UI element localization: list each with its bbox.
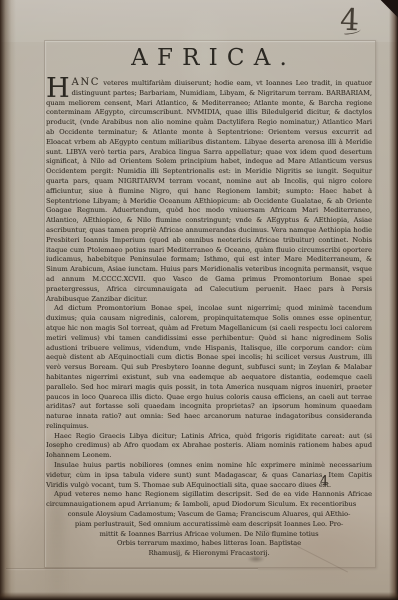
paper-light-band (0, 0, 398, 42)
paragraph-text: veteres multifariàm diuiserunt; hodie ea… (46, 79, 372, 303)
colophon-line: consule Aloysium Cadamostum; Vascum de G… (46, 510, 372, 520)
page-bottom-edge (0, 592, 398, 600)
colophon-line: Rhamusij, & Hieronymi Fracastorij. (46, 549, 372, 559)
signature-mark: 4 (320, 474, 328, 489)
book-page: 4 AFRICA. HANC veteres multifariàm diuis… (0, 0, 398, 600)
paragraph-etymology: Haec Regio Graecis Libya dicitur; Latini… (46, 432, 372, 461)
colophon-line: mittit & Ioannes Barrius Africae volumen… (46, 530, 372, 540)
tapered-colophon: consule Aloysium Cadamostum; Vascum de G… (46, 510, 372, 559)
book-photo: 4 AFRICA. HANC veteres multifariàm diuis… (0, 0, 398, 600)
paragraph-inhabitants: Ad dictum Promontorium Bonae spei, incol… (46, 304, 372, 431)
folio-number-handwritten: 4 (339, 5, 359, 38)
colophon-line: Orbis terrarum maximo, habes litteras Io… (46, 539, 372, 549)
paragraph-authors: Apud veteres nemo hanc Regionem sigillat… (46, 490, 372, 510)
book-gutter-edge (0, 0, 16, 600)
drop-cap: H (46, 78, 72, 98)
page-title: AFRICA. (46, 45, 372, 71)
bottom-crease (6, 568, 258, 569)
paragraph-text: Apud veteres nemo hanc Regionem sigillat… (46, 490, 372, 508)
page-right-edge (389, 0, 398, 600)
paragraph-text: Haec Regio Graecis Libya dicitur; Latini… (46, 432, 372, 460)
paragraph-text: Ad dictum Promontorium Bonae spei, incol… (46, 304, 372, 430)
paragraph-divisions: HANC veteres multifariàm diuiserunt; hod… (46, 78, 372, 304)
lead-capitals: ANC (72, 77, 100, 88)
colophon-line: piam perlustrauit, Sed omnium accuratiss… (46, 520, 372, 530)
